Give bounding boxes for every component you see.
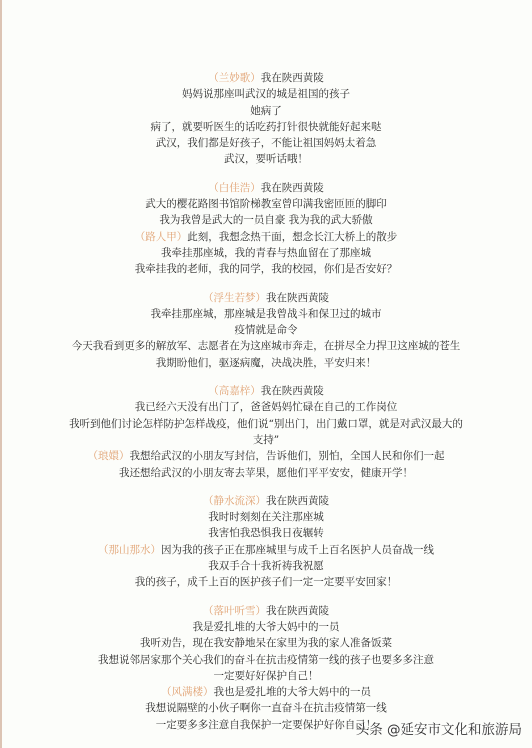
line-text: 支持” [253,434,279,446]
line-text: 我想说隔壁的小伙子啊你一直奋斗在抗击疫情第一线 [145,702,387,714]
poem-line: （落叶听雪）我在陕西黄陵 [0,603,532,619]
speaker-name: （路人甲） [135,231,188,243]
line-text: 此刻，我想念热干面，想念长江大桥上的散步 [187,231,397,243]
poem-line: 我已经六天没有出门了，爸爸妈妈忙碌在自己的工作岗位 [0,399,532,415]
poem-line: 一定要好好保护自己！ [0,668,532,684]
line-text: 一定要多多注意自我保护一定要保护好你自己！ [156,719,377,731]
stanza: （落叶听雪）我在陕西黄陵我是爱扎堆的大爷大妈中的一员我听劝告，现在我安静地呆在家… [0,603,532,733]
poem-line: （浮生若梦）我在陕西黄陵 [0,290,532,306]
line-text: 我为我曾是武大的一员自豪 我为我的武大骄傲 [159,214,372,226]
speaker-name: （静水流深） [203,495,266,507]
line-text: 我在陕西黄陵 [266,605,329,617]
poem-line: （那山那水）因为我的孩子正在那座城里与成千上百名医护人员奋战一线 [0,542,532,558]
poem-line: 她病了 [0,103,532,119]
line-text: 我也是爱扎堆的大爷大妈中的一员 [214,686,372,698]
poem-line: 我为我曾是武大的一员自豪 我为我的武大骄傲 [0,212,532,228]
stanza: （白佳浩）我在陕西黄陵武大的樱花路图书馆阶梯教室曾印满我密匝匝的脚印我为我曾是武… [0,180,532,278]
line-text: 我想说邻居家那个关心我们的奋斗在抗击疫情第一线的孩子也要多多注意 [98,654,434,666]
line-text: 我想给武汉的小朋友写封信，告诉他们，别怕，全国人民和你们一起 [130,450,445,462]
line-text: 武大的樱花路图书馆阶梯教室曾印满我密匝匝的脚印 [145,198,387,210]
line-text: 疫情就是命令 [235,324,298,336]
line-text: 我害怕我恐惧我日夜辗转 [208,527,324,539]
poem-line: 我牵挂那座城，那座城是我曾战斗和保卫过的城市 [0,306,532,322]
stanza: （浮生若梦）我在陕西黄陵我牵挂那座城，那座城是我曾战斗和保卫过的城市疫情就是命令… [0,290,532,371]
poem-line: 我害怕我恐惧我日夜辗转 [0,525,532,541]
line-text: 我在陕西黄陵 [261,182,324,194]
line-text: 我双手合十我祈祷我祝愿 [208,560,324,572]
line-text: 我还想给武汉的小朋友寄去苹果，愿他们平平安安，健康开学！ [119,467,413,479]
poem-content: （兰妙歌）我在陕西黄陵妈妈说那座叫武汉的城是祖国的孩子她病了病了，就要听医生的话… [0,70,532,745]
speaker-name: （白佳浩） [208,182,261,194]
poem-line: （静水流深）我在陕西黄陵 [0,493,532,509]
poem-line: 我牵挂我的老师，我的同学，我的校园，你们是否安好？ [0,261,532,277]
poem-line: 我还想给武汉的小朋友寄去苹果，愿他们平平安安，健康开学！ [0,465,532,481]
line-text: 我在陕西黄陵 [261,385,324,397]
line-text: 因为我的孩子正在那座城里与成千上百名医护人员奋战一线 [161,544,434,556]
line-text: 我牵挂那座城，那座城是我曾战斗和保卫过的城市 [151,308,382,320]
line-text: 我在陕西黄陵 [261,72,324,84]
line-text: 武汉，我们都是好孩子，不能让祖国妈妈太着急 [156,137,377,149]
stanza: （高嘉梓）我在陕西黄陵我已经六天没有出门了，爸爸妈妈忙碌在自己的工作岗位我听到他… [0,383,532,481]
poem-line: 我双手合十我祈祷我祝愿 [0,558,532,574]
poem-line: 我是爱扎堆的大爷大妈中的一员 [0,619,532,635]
poem-line: 支持” [0,432,532,448]
poem-line: 妈妈说那座叫武汉的城是祖国的孩子 [0,86,532,102]
poem-line: （路人甲）此刻，我想念热干面，想念长江大桥上的散步 [0,229,532,245]
line-text: 一定要好好保护自己！ [214,670,319,682]
poem-line: 我期盼他们，驱逐病魔，决战决胜，平安归来！ [0,355,532,371]
line-text: 我是爱扎堆的大爷大妈中的一员 [193,621,340,633]
line-text: 我的孩子，成千上百的医护孩子们一定一定要平安回家！ [135,576,398,588]
line-text: 我牵挂我的老师，我的同学，我的校园，你们是否安好？ [135,263,398,275]
poem-line: 我听劝告，现在我安静地呆在家里为我的家人准备饭菜 [0,635,532,651]
line-text: 我已经六天没有出门了，爸爸妈妈忙碌在自己的工作岗位 [135,401,398,413]
poem-line: 我想说邻居家那个关心我们的奋斗在抗击疫情第一线的孩子也要多多注意 [0,652,532,668]
line-text: 我在陕西黄陵 [266,292,329,304]
poem-line: 今天我看到更多的解放军、志愿者在为这座城市奔走，在拼尽全力捍卫这座城的苍生 [0,338,532,354]
poem-line: （兰妙歌）我在陕西黄陵 [0,70,532,86]
line-text: 我听到他们讨论怎样防护怎样战疫，他们说“别出门，出门戴口罩，就是对武汉最大的 [69,418,463,430]
line-text: 我期盼他们，驱逐病魔，决战决胜，平安归来！ [156,357,377,369]
line-text: 今天我看到更多的解放军、志愿者在为这座城市奔走，在拼尽全力捍卫这座城的苍生 [72,340,461,352]
stanza: （静水流深）我在陕西黄陵我时时刻刻在关注那座城我害怕我恐惧我日夜辗转（那山那水）… [0,493,532,591]
line-text: 病了，就要听医生的话吃药打针很快就能好起来哒 [151,121,382,133]
poem-line: 我时时刻刻在关注那座城 [0,509,532,525]
line-text: 我听劝告，现在我安静地呆在家里为我的家人准备饭菜 [140,637,392,649]
poem-line: （琅嬛）我想给武汉的小朋友写封信，告诉他们，别怕，全国人民和你们一起 [0,448,532,464]
speaker-name: （兰妙歌） [208,72,261,84]
line-text: 妈妈说那座叫武汉的城是祖国的孩子 [182,88,350,100]
poem-line: （白佳浩）我在陕西黄陵 [0,180,532,196]
speaker-name: （高嘉梓） [208,385,261,397]
poem-line: 我的孩子，成千上百的医护孩子们一定一定要平安回家！ [0,574,532,590]
speaker-name: （那山那水） [98,544,161,556]
speaker-name: （浮生若梦） [203,292,266,304]
line-text: 我时时刻刻在关注那座城 [208,511,324,523]
speaker-name: （落叶听雪） [203,605,266,617]
poem-line: （风满楼）我也是爱扎堆的大爷大妈中的一员 [0,684,532,700]
poem-line: 我听到他们讨论怎样防护怎样战疫，他们说“别出门，出门戴口罩，就是对武汉最大的 [0,416,532,432]
poem-line: 我想说隔壁的小伙子啊你一直奋斗在抗击疫情第一线 [0,700,532,716]
speaker-name: （风满楼） [161,686,214,698]
poem-line: 武大的樱花路图书馆阶梯教室曾印满我密匝匝的脚印 [0,196,532,212]
line-text: 她病了 [250,105,282,117]
poem-line: （高嘉梓）我在陕西黄陵 [0,383,532,399]
poem-line: 武汉，我们都是好孩子，不能让祖国妈妈太着急 [0,135,532,151]
line-text: 我在陕西黄陵 [266,495,329,507]
poem-line: 武汉，要听话哦！ [0,151,532,167]
line-text: 我牵挂那座城，我的青春与热血留在了那座城 [161,247,371,259]
poem-line: 疫情就是命令 [0,322,532,338]
line-text: 武汉，要听话哦！ [224,153,308,165]
poem-line: 我牵挂那座城，我的青春与热血留在了那座城 [0,245,532,261]
poem-line: 病了，就要听医生的话吃药打针很快就能好起来哒 [0,119,532,135]
speaker-name: （琅嬛） [88,450,130,462]
source-watermark: 头条 @延安市文化和旅游局 [356,718,522,738]
stanza: （兰妙歌）我在陕西黄陵妈妈说那座叫武汉的城是祖国的孩子她病了病了，就要听医生的话… [0,70,532,168]
